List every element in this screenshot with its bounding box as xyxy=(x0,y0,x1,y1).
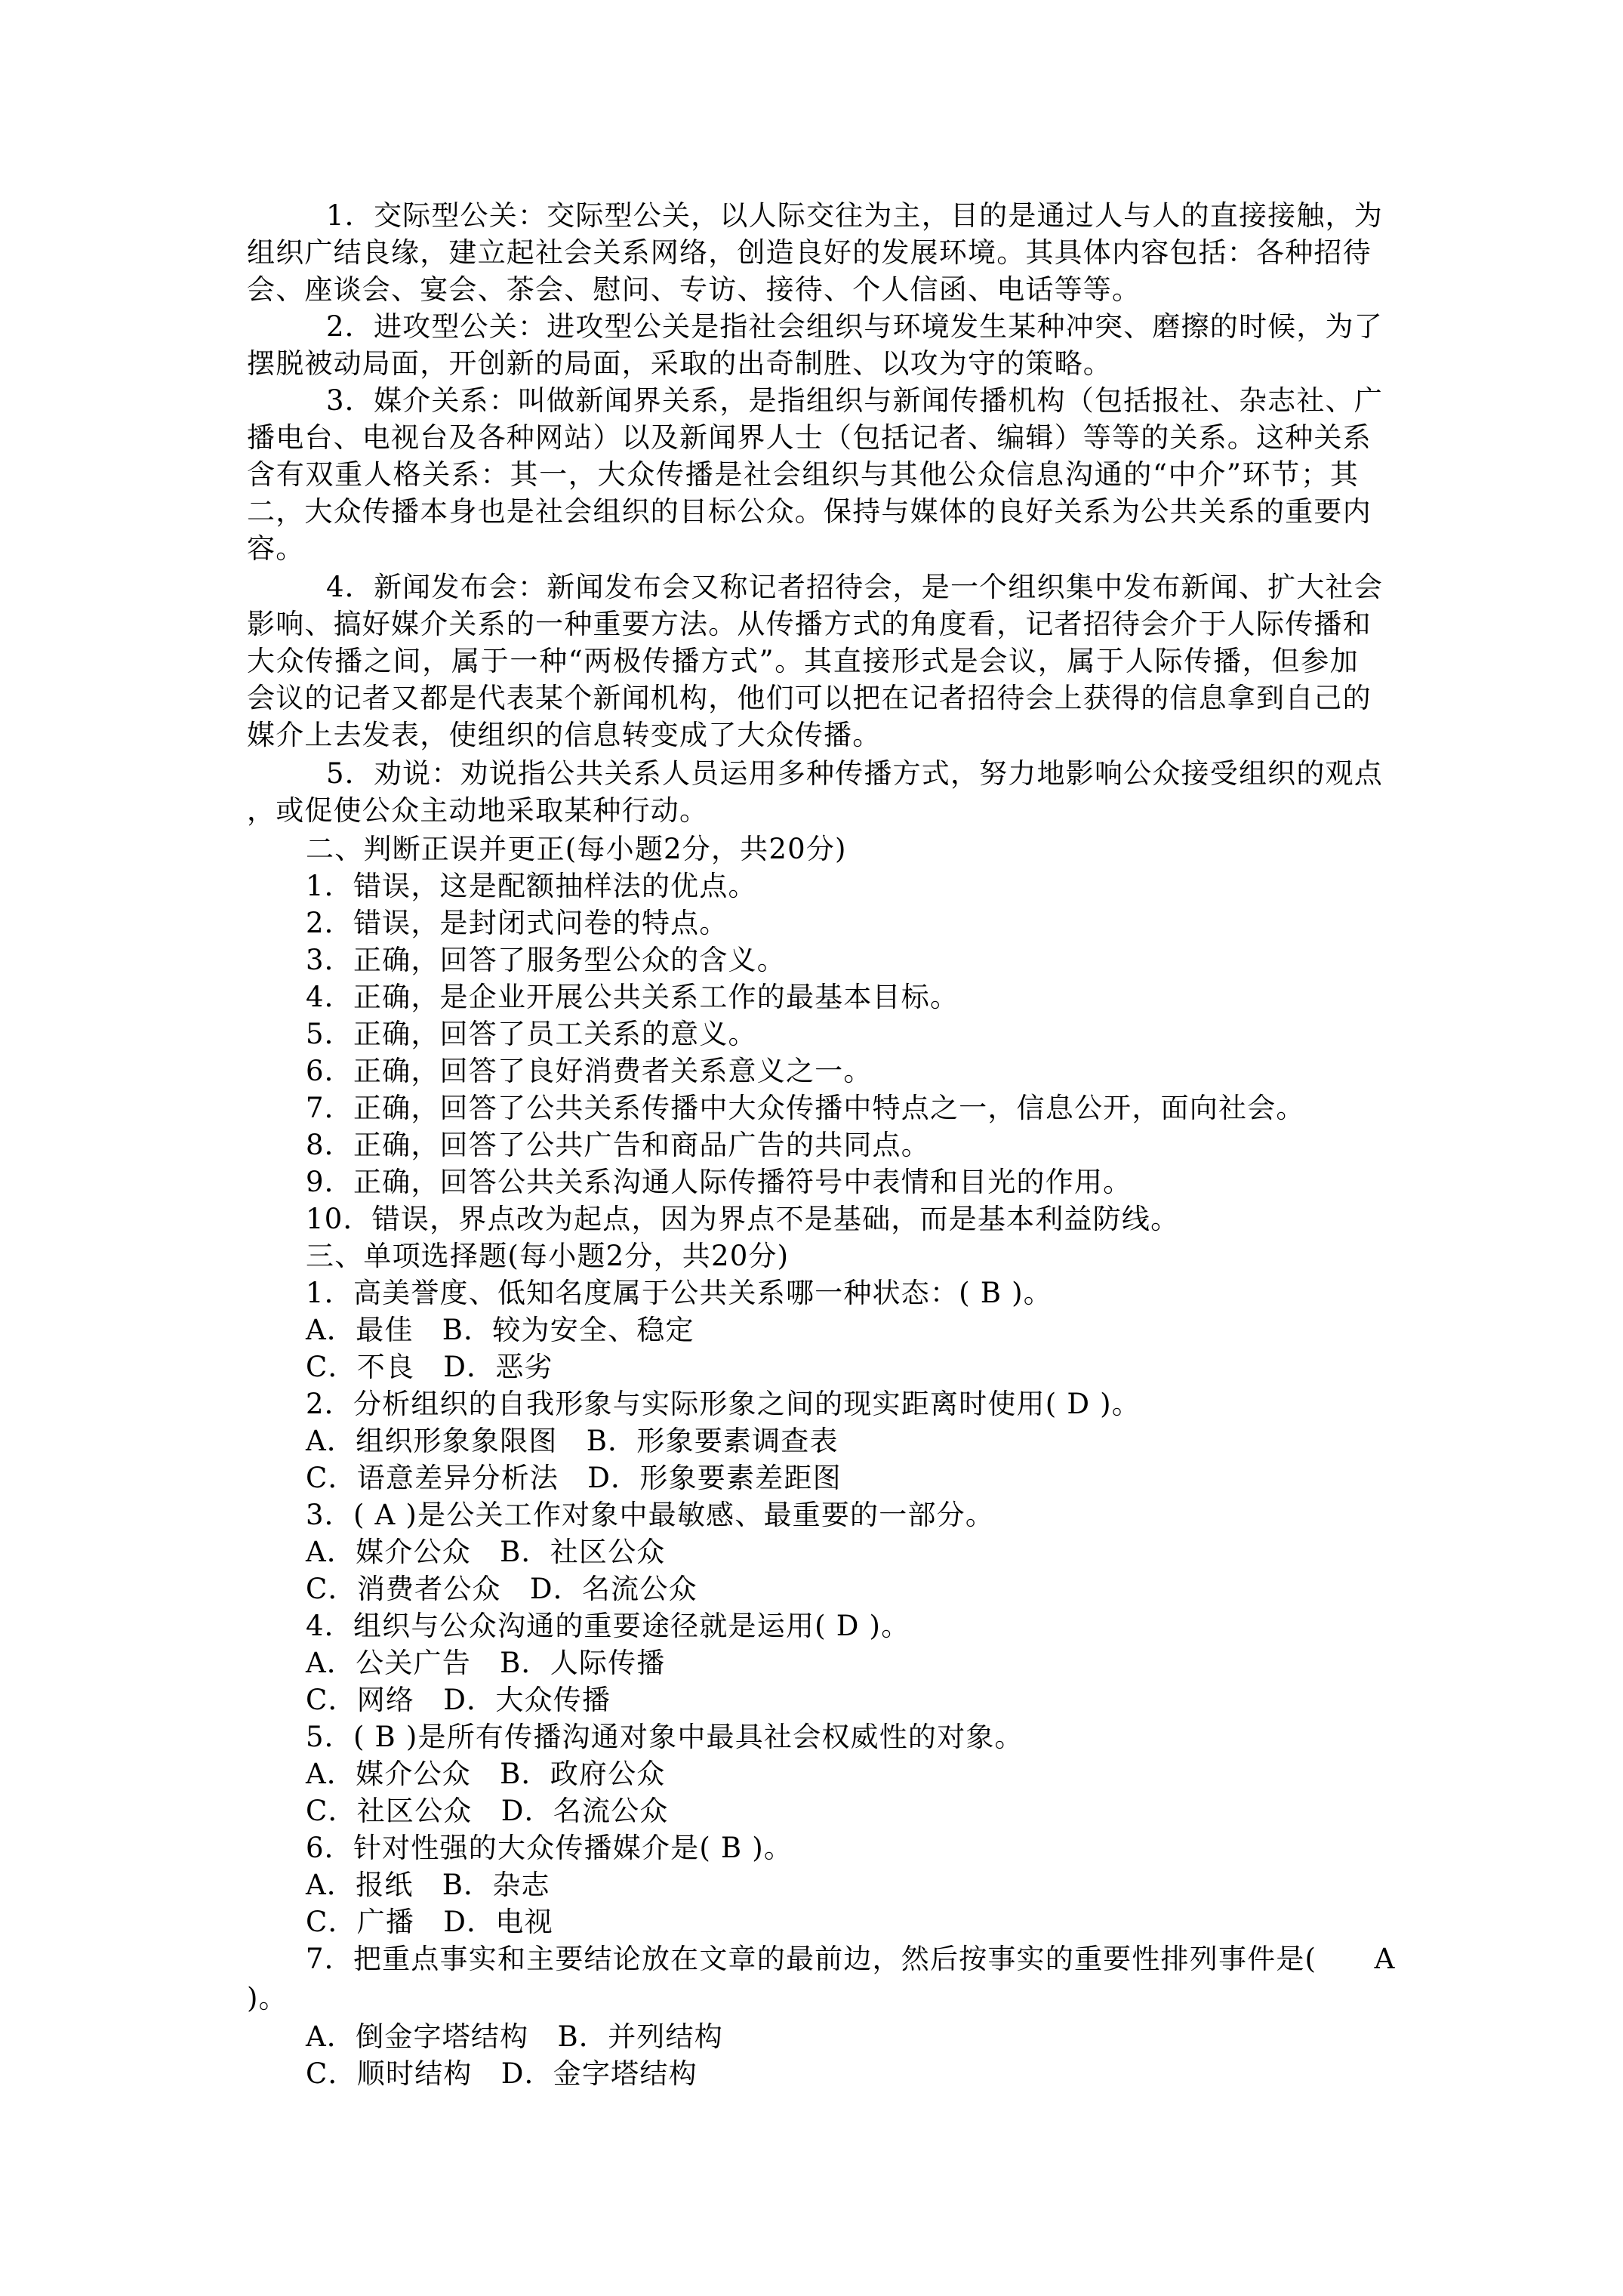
text-line: 二，大众传播本身也是社会组织的目标公众。保持与媒体的良好关系为公共关系的重要内 xyxy=(247,493,1359,530)
text-line: C．语意差异分析法 D．形象要素差距图 xyxy=(306,1459,842,1496)
text-line: 4．组织与公众沟通的重要途径就是运用( D )。 xyxy=(306,1607,910,1644)
text-line: 2．分析组织的自我形象与实际形象之间的现实距离时使用( D )。 xyxy=(306,1385,1141,1422)
text-line: A．组织形象象限图 B．形象要素调查表 xyxy=(306,1422,839,1459)
text-line: 1．错误，这是配额抽样法的优点。 xyxy=(306,868,757,905)
text-line: C．消费者公众 D．名流公众 xyxy=(306,1570,698,1607)
text-line: 5．劝说：劝说指公共关系人员运用多种传播方式，努力地影响公众接受组织的观点 xyxy=(326,755,1359,792)
text-line: 6．针对性强的大众传播媒介是( B )。 xyxy=(306,1829,793,1866)
text-line: 8．正确，回答了公共广告和商品广告的共同点。 xyxy=(306,1126,930,1163)
text-line: )。 xyxy=(247,1980,288,2017)
text-line: C．社区公众 D．名流公众 xyxy=(306,1792,669,1829)
text-line: 含有双重人格关系：其一，大众传播是社会组织与其他公众信息沟通的“中介”环节；其 xyxy=(247,456,1359,493)
text-line: 会、座谈会、宴会、茶会、慰问、专访、接待、个人信函、电话等等。 xyxy=(247,271,1141,308)
text-line: C．不良 D．恶劣 xyxy=(306,1348,553,1385)
text-line: 2．错误，是封闭式问卷的特点。 xyxy=(306,905,728,942)
text-line: 9．正确，回答公共关系沟通人际传播符号中表情和目光的作用。 xyxy=(306,1163,1132,1200)
text-line: 3．正确，回答了服务型公众的含义。 xyxy=(306,942,786,978)
text-line: C．顺时结构 D．金字塔结构 xyxy=(306,2055,698,2092)
text-line: ，或促使公众主动地采取某种行动。 xyxy=(247,792,708,829)
text-line: 摆脱被动局面，开创新的局面，采取的出奇制胜、以攻为守的策略。 xyxy=(247,345,1112,382)
text-line: 播电台、电视台及各种网站）以及新闻界人士（包括记者、编辑）等等的关系。这种关系 xyxy=(247,419,1359,456)
text-line: 5．正确，回答了员工关系的意义。 xyxy=(306,1015,757,1052)
text-line: A．媒介公众 B．社区公众 xyxy=(306,1533,666,1570)
text-line: 媒介上去发表，使组织的信息转变成了大众传播。 xyxy=(247,717,881,754)
text-line: 二、判断正误并更正(每小题2分，共20分) xyxy=(306,831,847,868)
text-line: A．倒金字塔结构 B．并列结构 xyxy=(306,2018,723,2055)
text-line: 1．交际型公关：交际型公关，以人际交往为主，目的是通过人与人的直接接触，为 xyxy=(326,197,1359,234)
text-line: 2．进攻型公关：进攻型公关是指社会组织与环境发生某种冲突、磨擦的时候，为了 xyxy=(326,308,1359,345)
text-line: 5．( B )是所有传播沟通对象中最具社会权威性的对象。 xyxy=(306,1718,1024,1755)
text-line: 三、单项选择题(每小题2分，共20分) xyxy=(306,1237,789,1274)
text-line: A．媒介公众 B．政府公众 xyxy=(306,1755,666,1792)
text-line: 会议的记者又都是代表某个新闻机构，他们可以把在记者招待会上获得的信息拿到自己的 xyxy=(247,680,1359,717)
document-page: 1．交际型公关：交际型公关，以人际交往为主，目的是通过人与人的直接接触，为组织广… xyxy=(0,0,1623,2296)
text-line: 4．正确，是企业开展公共关系工作的最基本目标。 xyxy=(306,978,959,1015)
text-line: 3．( A )是公关工作对象中最敏感、最重要的一部分。 xyxy=(306,1496,994,1533)
text-line: 3．媒介关系：叫做新闻界关系，是指组织与新闻传播机构（包括报社、杂志社、广 xyxy=(326,382,1359,419)
text-line: 6．正确，回答了良好消费者关系意义之一。 xyxy=(306,1052,873,1089)
text-line: 10．错误，界点改为起点，因为界点不是基础，而是基本利益防线。 xyxy=(306,1200,1179,1237)
text-line: 1．高美誉度、低知名度属于公共关系哪一种状态：( B )。 xyxy=(306,1274,1052,1311)
text-line: A．公关广告 B．人际传播 xyxy=(306,1644,666,1681)
text-line: 容。 xyxy=(247,530,304,567)
text-line: A．最佳 B．较为安全、稳定 xyxy=(306,1311,694,1348)
text-line: 7．把重点事实和主要结论放在文章的最前边，然后按事实的重要性排列事件是( A xyxy=(306,1940,1396,1977)
text-line: A．报纸 B．杂志 xyxy=(306,1866,550,1903)
text-line: 7．正确，回答了公共关系传播中大众传播中特点之一，信息公开，面向社会。 xyxy=(306,1089,1305,1126)
text-line: C．广播 D．电视 xyxy=(306,1903,553,1940)
text-line: 大众传播之间，属于一种“两极传播方式”。其直接形式是会议，属于人际传播，但参加 xyxy=(247,643,1359,680)
text-line: 4．新闻发布会：新闻发布会又称记者招待会，是一个组织集中发布新闻、扩大社会 xyxy=(326,569,1359,606)
text-line: C．网络 D．大众传播 xyxy=(306,1681,611,1718)
text-line: 组织广结良缘，建立起社会关系网络，创造良好的发展环境。其具体内容包括：各种招待 xyxy=(247,234,1359,271)
text-line: 影响、搞好媒介关系的一种重要方法。从传播方式的角度看，记者招待会介于人际传播和 xyxy=(247,606,1359,643)
